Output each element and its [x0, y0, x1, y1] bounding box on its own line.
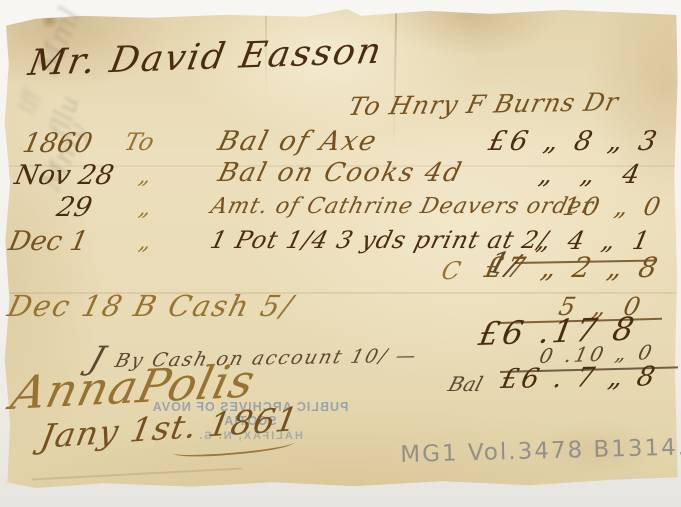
subtotal-amount: £7 „ 2 „ 8: [482, 254, 664, 282]
payment-line: Dec 18 B Cash 5/: [5, 292, 297, 321]
entry-amount: „ 4 „ 1: [535, 228, 657, 253]
crease-vertical-fold: [393, 9, 397, 149]
entry-description: Bal on Cooks 4d: [216, 160, 466, 186]
entry-description: Bal of Axe: [215, 128, 380, 155]
crease-bottom-diagonal: [32, 468, 242, 480]
scanned-document-photo: Mml fllu Mmy lff PUBLIC ARCHIVES OF NOVA…: [0, 0, 681, 507]
entry-amount: 10 „ 0: [561, 194, 667, 219]
balance-amount: £6 . 7 „ 8: [499, 363, 660, 393]
entry-amount: £6 „ 8 „ 3: [486, 128, 663, 155]
debtor-line: To Hnry F Burns Dr: [346, 89, 621, 119]
entry-description: Amt. of Cathrine Deavers order: [209, 196, 597, 218]
entry-date: Nov 28: [12, 162, 116, 189]
entry-date: Dec 1: [6, 228, 90, 255]
entry-amount: „ „ 4: [536, 162, 652, 188]
balance-label: Bal: [446, 374, 485, 394]
entry-date: 1860: [20, 130, 94, 157]
entry-date: 29: [54, 194, 94, 221]
entry-ditto: To: [122, 130, 157, 154]
